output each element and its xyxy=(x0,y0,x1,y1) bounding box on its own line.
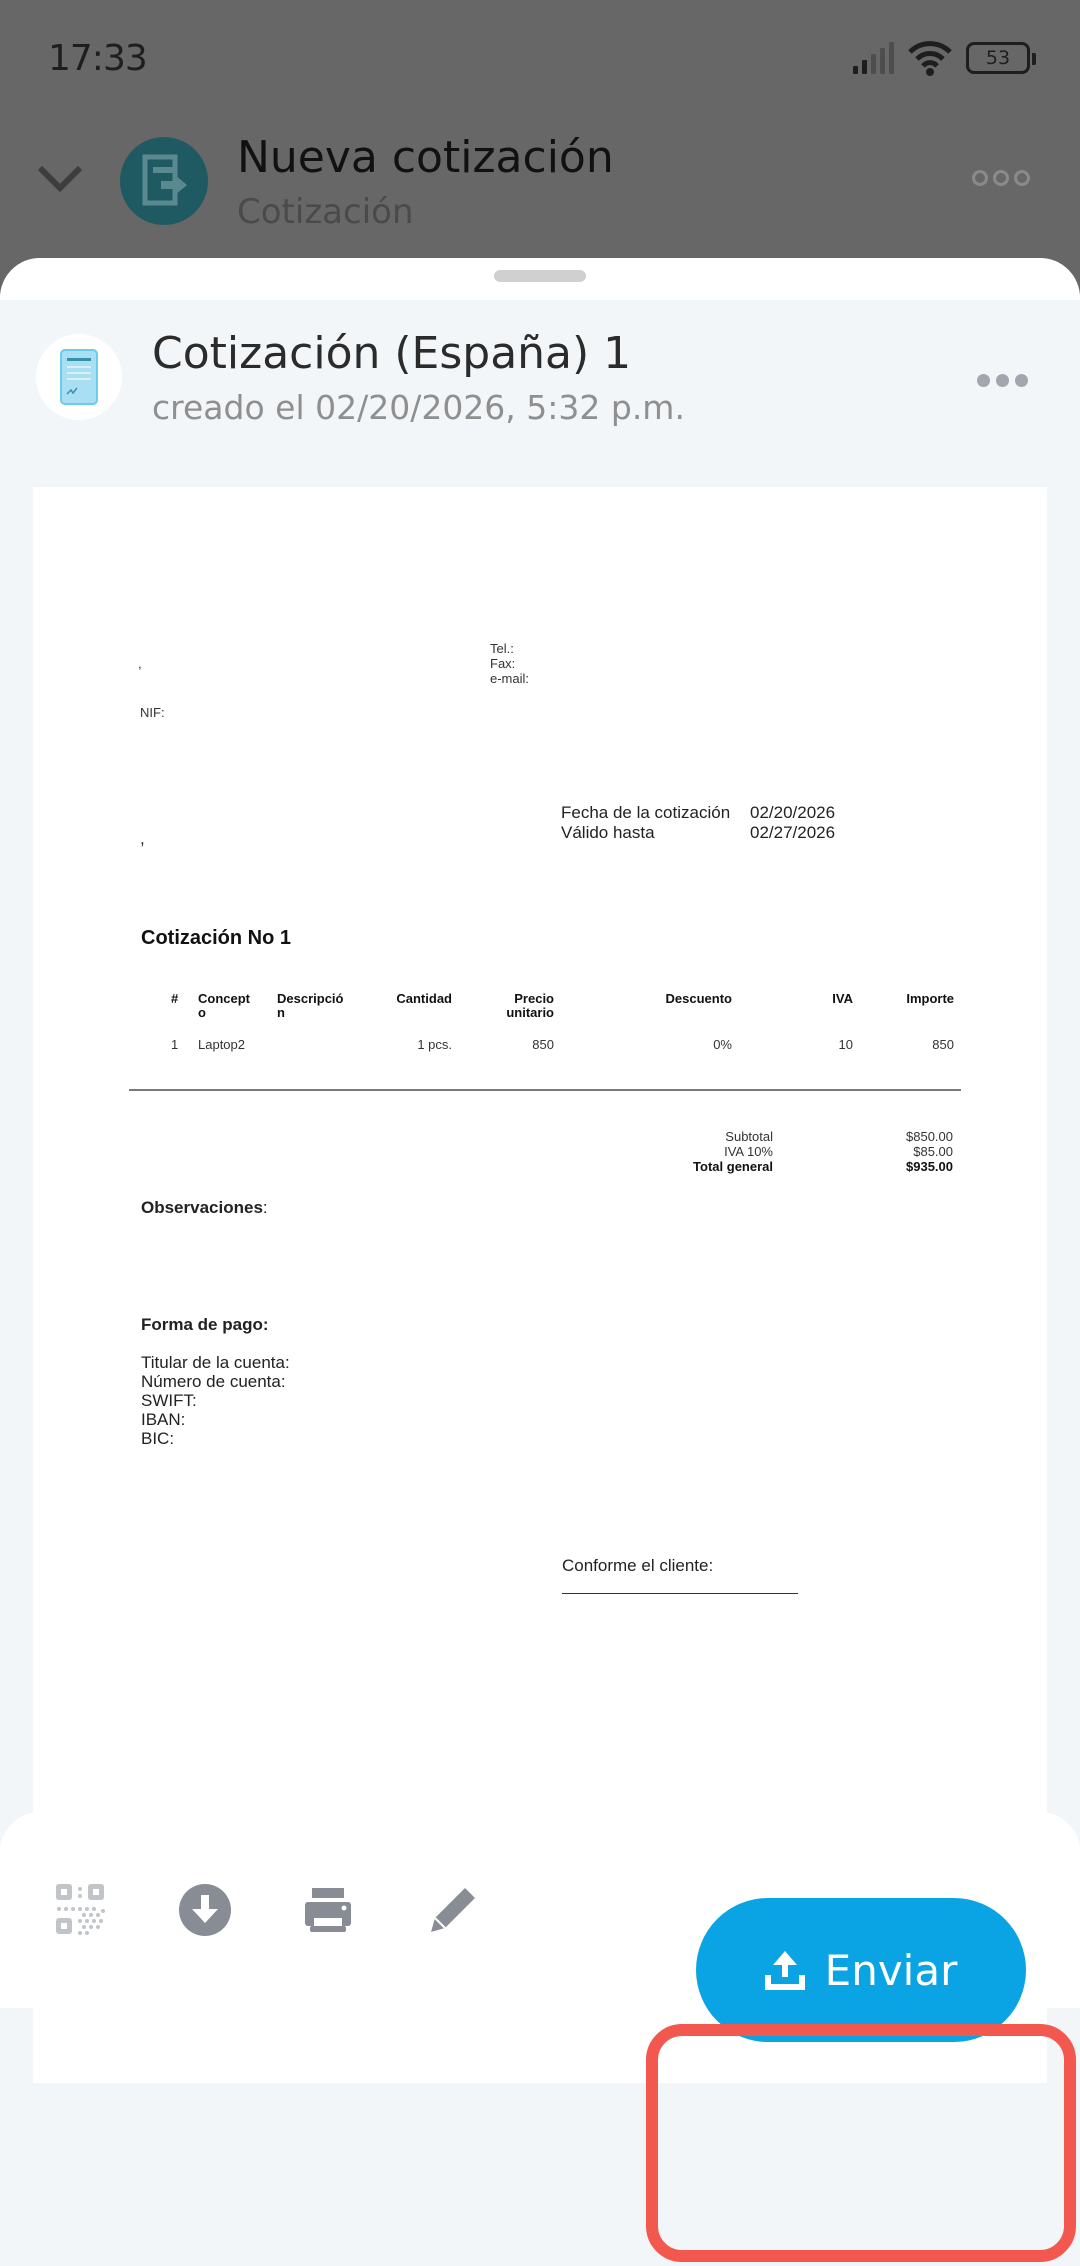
download-button[interactable] xyxy=(173,1878,237,1942)
qr-code-icon xyxy=(55,1883,109,1937)
send-button[interactable]: Enviar xyxy=(696,1898,1026,2042)
company-line: , xyxy=(138,656,142,671)
client-line: , xyxy=(140,829,145,849)
payment-account: Número de cuenta: xyxy=(141,1372,286,1392)
sheet-top xyxy=(0,258,1080,300)
th-amount: Importe xyxy=(873,992,954,1006)
more-icon[interactable] xyxy=(977,374,1028,387)
signature-line xyxy=(562,1593,798,1594)
subtotal-label: Subtotal xyxy=(573,1129,773,1144)
th-description: Descripción xyxy=(277,992,343,1020)
contact-fax: Fax: xyxy=(490,656,515,671)
payment-title: Forma de pago: xyxy=(141,1315,269,1335)
background-subtitle: Cotización xyxy=(237,192,414,232)
document-header: Cotización (España) 1 creado el 02/20/20… xyxy=(0,300,1080,460)
th-num: # xyxy=(171,992,178,1006)
total-value: $935.00 xyxy=(833,1159,953,1174)
valid-until-label: Válido hasta xyxy=(561,823,655,843)
payment-swift: SWIFT: xyxy=(141,1391,197,1411)
send-label: Enviar xyxy=(825,1946,958,1995)
quote-title: Cotización No 1 xyxy=(141,927,291,950)
drag-handle[interactable] xyxy=(494,270,586,282)
observations-label: Observaciones: xyxy=(141,1198,268,1218)
quote-date-label: Fecha de la cotización xyxy=(561,803,730,823)
document-icon xyxy=(36,334,122,420)
more-icon[interactable] xyxy=(972,170,1030,186)
subtotal-value: $850.00 xyxy=(833,1129,953,1144)
th-unit-price: Preciounitario xyxy=(473,992,554,1020)
status-icons: 53 xyxy=(853,40,1030,76)
download-icon xyxy=(178,1883,232,1937)
th-concept: Concepto xyxy=(198,992,250,1020)
qr-code-button[interactable] xyxy=(50,1878,114,1942)
wifi-icon xyxy=(908,40,952,76)
bottom-toolbar: Enviar xyxy=(0,1812,1080,2008)
printer-icon xyxy=(304,1886,352,1934)
document-export-icon xyxy=(120,137,208,225)
chevron-down-icon[interactable] xyxy=(36,164,84,196)
pencil-icon xyxy=(429,1886,477,1934)
payment-holder: Titular de la cuenta: xyxy=(141,1353,290,1373)
contact-tel: Tel.: xyxy=(490,641,514,656)
signal-icon xyxy=(853,42,894,74)
th-quantity: Cantidad xyxy=(363,992,452,1006)
total-label: Total general xyxy=(573,1159,773,1174)
upload-icon xyxy=(765,1949,805,1991)
payment-bic: BIC: xyxy=(141,1429,174,1449)
client-approval: Conforme el cliente: xyxy=(562,1556,713,1576)
table-divider xyxy=(129,1089,961,1091)
contact-email: e-mail: xyxy=(490,671,529,686)
print-button[interactable] xyxy=(296,1878,360,1942)
status-time: 17:33 xyxy=(48,38,147,79)
status-bar: 17:33 53 xyxy=(0,0,1080,120)
document-created-date: creado el 02/20/2026, 5:32 p.m. xyxy=(152,388,685,427)
payment-iban: IBAN: xyxy=(141,1410,185,1430)
quote-date-value: 02/20/2026 xyxy=(750,803,835,823)
edit-button[interactable] xyxy=(421,1878,485,1942)
document-title: Cotización (España) 1 xyxy=(152,328,631,379)
vat-value: $85.00 xyxy=(833,1144,953,1159)
vat-label: IVA 10% xyxy=(573,1144,773,1159)
th-vat: IVA xyxy=(813,992,853,1006)
battery-icon: 53 xyxy=(966,42,1030,74)
background-title: Nueva cotización xyxy=(237,132,614,183)
th-discount: Descuento xyxy=(613,992,732,1006)
nif-label: NIF: xyxy=(140,705,165,720)
valid-until-value: 02/27/2026 xyxy=(750,823,835,843)
